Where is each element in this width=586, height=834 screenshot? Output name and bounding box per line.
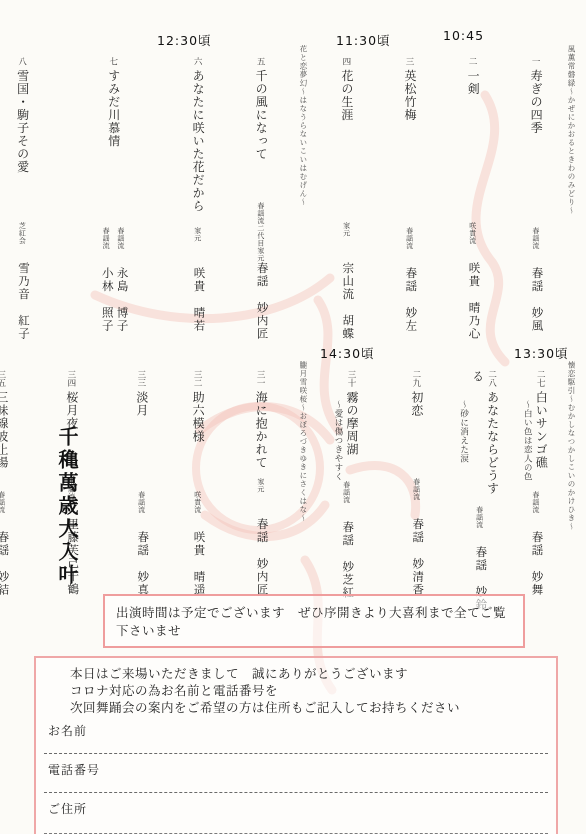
- program-section: 懐恋駆引～むかしなつかしこいのかけひき～二七白いサンゴ礁～白い色は恋人の色春謡流…: [312, 360, 578, 596]
- entry-performers: 家元春謡 妙内匠: [254, 478, 268, 597]
- time-label-1230: 12:30頃: [157, 31, 212, 49]
- entry-number: 四: [342, 57, 352, 66]
- entry-title-zone: 三三淡月: [134, 370, 149, 491]
- entry-title: あなたならどうする: [471, 370, 500, 495]
- entry-performers: 春謡流二代目家元春謡 妙内匠: [254, 202, 268, 341]
- performer-school-label: 春謡流: [117, 227, 125, 267]
- entry-title-line: 二九初恋: [409, 370, 424, 417]
- performer-name: 春謡 妙内匠: [254, 518, 268, 597]
- entry-number: 七: [109, 57, 119, 66]
- program-section: 風薫常磐緑～かぜにかおるときわのみどり～一寿ぎの四季春謡流春謡 妙風二一剣咲貴流…: [312, 44, 578, 340]
- section-header: 懐恋駆引～むかしなつかしこいのかけひき～: [566, 360, 576, 596]
- program-entry: 六あなたに咲いた花だから家元咲貴 晴若: [170, 44, 225, 340]
- entry-title-zone: 八雪国・駒子その愛: [15, 57, 30, 222]
- performer-school-label: 春謡流: [412, 478, 420, 518]
- performer-name: 咲貴 晴若: [191, 267, 205, 333]
- entry-performers: 芝紅会雪乃音 紅子: [15, 222, 29, 341]
- performer: 家元春謡 妙内匠: [254, 478, 268, 597]
- performer-school-label: 家元: [342, 222, 350, 262]
- program-entry: 五千の風になって春謡流二代目家元春謡 妙内匠: [226, 44, 295, 340]
- time-label-1330: 13:30頃: [514, 344, 569, 362]
- entry-performers: 春謡流春謡 妙結: [0, 491, 8, 597]
- performer: 咲貴流咲貴 晴乃心: [466, 222, 480, 341]
- performer-name: 春謡 妙真: [134, 531, 148, 597]
- program-entry: 三十霧の摩周湖～愛は傷つきやすく春謡流春謡 妙芝紅: [312, 360, 381, 596]
- performer-school-label: 春謡流: [137, 491, 145, 531]
- entry-title-line: 七すみだ川慕情: [106, 57, 121, 148]
- entry-number: 三: [405, 57, 415, 66]
- performer-name: 春謡 妙左: [403, 267, 417, 333]
- section-header: 花と恋夢幻～はなうらないこいはむげん～: [298, 44, 308, 340]
- entry-title: 雪国・駒子その愛: [16, 70, 30, 174]
- time-label-1130: 11:30頃: [336, 31, 391, 49]
- address-write-line: [44, 833, 548, 834]
- performer-name: 咲貴 晴乃心: [466, 262, 480, 341]
- program-entry: 二九初恋春謡流春謡 妙清香: [382, 360, 451, 596]
- entry-title: 霧の摩周湖: [345, 391, 359, 456]
- entry-subtitle: ～白い色は恋人の色: [523, 370, 533, 481]
- entry-subtitle: ～愛は傷つきやすく: [334, 370, 344, 481]
- entry-title: 初恋: [410, 391, 424, 417]
- entry-number: 二: [468, 57, 478, 66]
- entry-title-zone: 六あなたに咲いた花だから: [190, 57, 205, 227]
- entry-performers: 咲貴流咲貴 晴遥: [191, 491, 205, 597]
- entry-title: 一剣: [466, 70, 480, 96]
- performer-name: 宗山流 胡蝶: [340, 262, 354, 341]
- performer: 春謡流春謡 妙清香: [409, 478, 423, 597]
- entry-performers: 家元宗山流 胡蝶: [340, 222, 354, 341]
- performer: 春謡流春謡 妙結: [0, 491, 8, 597]
- program-entry: 八雪国・駒子その愛芝紅会雪乃音 紅子: [0, 44, 57, 340]
- performer: 春謡流春謡 妙左: [403, 227, 417, 340]
- phone-write-line: [44, 792, 548, 793]
- entry-title-zone: 五千の風になって: [253, 57, 268, 202]
- program-entry: 三一海に抱かれて家元春謡 妙内匠: [226, 360, 295, 596]
- entry-number: 六: [193, 57, 203, 66]
- entry-title: 寿ぎの四季: [529, 70, 543, 135]
- performer-name: 雪乃音 紅子: [15, 262, 29, 341]
- performer-school-label: 春謡流: [531, 227, 539, 267]
- performer-school-label: 春謡流二代目家元: [256, 202, 264, 262]
- entry-number: 一: [531, 57, 541, 66]
- program-entry: 七すみだ川慕情春謡流永島 博子春謡流小林 照子: [58, 44, 169, 340]
- entry-title-zone: 七すみだ川慕情: [106, 57, 121, 227]
- visitor-form-box: 本日はご来場いただきまして 誠にありがとうございます コロナ対応の為お名前と電話…: [34, 656, 558, 834]
- entry-number: 三四: [67, 370, 77, 387]
- performer: 春謡流二代目家元春謡 妙内匠: [254, 202, 268, 341]
- address-field-label: ご住所: [48, 800, 544, 817]
- program-group: 懐恋駆引～むかしなつかしこいのかけひき～二七白いサンゴ礁～白い色は恋人の色春謡流…: [0, 360, 578, 596]
- performer-school-label: 咲貴流: [468, 222, 476, 262]
- performer-school-label: 春謡流: [102, 227, 110, 267]
- section-header: 朧月雪咲桜～おぼろづきゆきにさくはな～: [298, 360, 308, 596]
- entry-title: 海に抱かれて: [254, 391, 268, 469]
- entry-title-zone: 二九初恋: [409, 370, 424, 478]
- entry-number: 三十: [347, 370, 357, 387]
- performer-name: 春謡 妙結: [0, 531, 8, 597]
- time-label-1430: 14:30頃: [320, 344, 375, 362]
- entry-title-line: 四花の生涯: [339, 57, 354, 122]
- performer-school-label: 芝紅会: [18, 222, 26, 262]
- performer-school-label: 家元: [193, 227, 201, 267]
- program-entry: 三英松竹梅春謡流春謡 妙左: [382, 44, 437, 340]
- performer-name: 小林 照子: [99, 267, 113, 333]
- entry-performers: 春謡流春謡 妙風: [529, 227, 543, 340]
- performer: 春謡流春謡 妙舞: [529, 491, 543, 597]
- entry-number: 二八: [488, 370, 498, 387]
- entry-number: 三五: [0, 370, 7, 387]
- entry-title: 花の生涯: [340, 70, 354, 122]
- name-field-label: お名前: [48, 722, 544, 739]
- performer: 春謡流永島 博子: [114, 227, 128, 340]
- program-entry: 四花の生涯家元宗山流 胡蝶: [312, 44, 381, 340]
- entry-performers: 春謡流春謡 妙左: [403, 227, 417, 340]
- performer-name: 春謡 妙清香: [409, 518, 423, 597]
- program-entry: 三三淡月春謡流春謡 妙真: [114, 360, 169, 596]
- entry-title-line: 三三淡月: [134, 370, 149, 417]
- entry-title: 三味線波止場: [0, 391, 9, 469]
- entry-title: 千の風になって: [254, 70, 268, 161]
- entry-title-line: 二七白いサンゴ礁: [533, 370, 548, 469]
- entry-title: 桜月夜: [65, 391, 79, 430]
- program-group: 風薫常磐緑～かぜにかおるときわのみどり～一寿ぎの四季春謡流春謡 妙風二一剣咲貴流…: [0, 44, 578, 340]
- entry-title: 英松竹梅: [403, 70, 417, 122]
- entry-title-line: 三二助六模様: [190, 370, 205, 443]
- greeting-line-1: 本日はご来場いただきまして 誠にありがとうございます: [70, 666, 544, 683]
- entry-title-zone: 三十霧の摩周湖～愛は傷つきやすく: [334, 370, 359, 481]
- notice-text: 出演時間は予定でございます ぜひ序開きより大喜利まで全てご覧下さいませ: [116, 606, 506, 638]
- entry-number: 八: [18, 57, 28, 66]
- entry-number: 五: [256, 57, 266, 66]
- entry-performers: 春謡流春謡 妙真: [134, 491, 148, 597]
- performer-name: 春謡 妙内匠: [254, 262, 268, 341]
- entry-subtitle: ～砂に消えた涙: [459, 370, 469, 463]
- program-band-afternoon: 懐恋駆引～むかしなつかしこいのかけひき～二七白いサンゴ礁～白い色は恋人の色春謡流…: [10, 360, 578, 596]
- entry-title: 淡月: [135, 391, 149, 417]
- entry-title-line: 六あなたに咲いた花だから: [190, 57, 205, 213]
- entry-title: すみだ川慕情: [107, 70, 121, 148]
- entry-title: 白いサンゴ礁: [534, 391, 548, 469]
- performer-name: 春謡 妙舞: [529, 531, 543, 597]
- program-entry: 二八あなたならどうする～砂に消えた涙春謡流春謡 妙鈴: [452, 360, 507, 596]
- program-band-morning: 風薫常磐緑～かぜにかおるときわのみどり～一寿ぎの四季春謡流春謡 妙風二一剣咲貴流…: [10, 44, 578, 340]
- program-page: { "grand_title": "千穐萬歳大入叶", "notice": "出…: [0, 0, 586, 834]
- performer: 春謡流小林 照子: [99, 227, 113, 340]
- entry-title-zone: 四花の生涯: [339, 57, 354, 222]
- entry-title-line: 二八あなたならどうする: [470, 370, 500, 506]
- entry-title: 助六模様: [191, 391, 205, 443]
- program-entry: 三二助六模様咲貴流咲貴 晴遥: [170, 360, 225, 596]
- performer-school-label: 春謡流: [531, 491, 539, 531]
- greeting-line-3: 次回舞踊会の案内をご希望の方は住所もご記入してお持ちください: [70, 700, 544, 717]
- name-write-line: [44, 753, 548, 754]
- performer: 咲貴流咲貴 晴遥: [191, 491, 205, 597]
- entry-title-zone: 三二助六模様: [190, 370, 205, 491]
- entry-number: 三二: [193, 370, 203, 387]
- entry-title-line: 三四桜月夜: [64, 370, 79, 430]
- entry-title-zone: 二七白いサンゴ礁～白い色は恋人の色: [523, 370, 548, 491]
- performer-school-label: 春謡流: [475, 506, 483, 546]
- program-entry: 三五三味線波止場春謡流春謡 妙結: [0, 360, 29, 596]
- entry-number: 二七: [536, 370, 546, 387]
- entry-title-line: 一寿ぎの四季: [528, 57, 543, 135]
- program-entry: 二一剣咲貴流咲貴 晴乃心: [438, 44, 507, 340]
- performer: 芝紅会雪乃音 紅子: [15, 222, 29, 341]
- entry-title-zone: 二八あなたならどうする～砂に消えた涙: [459, 370, 499, 506]
- performer: 春謡流春謡 妙真: [134, 491, 148, 597]
- entry-performers: 家元咲貴 晴若: [191, 227, 205, 340]
- program-entry: 一寿ぎの四季春謡流春謡 妙風: [508, 44, 563, 340]
- performer-name: 春謡 妙芝紅: [340, 521, 354, 600]
- performer-name: 春謡 妙風: [529, 267, 543, 333]
- entry-performers: 咲貴流咲貴 晴乃心: [466, 222, 480, 341]
- entry-title-line: 三英松竹梅: [402, 57, 417, 122]
- entry-number: 二九: [412, 370, 422, 387]
- entry-performers: 春謡流春謡 妙清香: [409, 478, 423, 597]
- phone-field-label: 電話番号: [48, 761, 544, 778]
- entry-number: 三三: [137, 370, 147, 387]
- performer: 春謡流春謡 妙芝紅: [340, 481, 354, 600]
- entry-title: あなたに咲いた花だから: [191, 70, 205, 213]
- program-section: 朧月雪咲桜～おぼろづきゆきにさくはな～三一海に抱かれて家元春謡 妙内匠三二助六模…: [0, 360, 310, 596]
- performer-school-label: 咲貴流: [193, 491, 201, 531]
- entry-title-line: 三十霧の摩周湖: [344, 370, 359, 456]
- performer: 家元宗山流 胡蝶: [340, 222, 354, 341]
- performer-school-label: 春謡流: [405, 227, 413, 267]
- performer-school-label: 家元: [256, 478, 264, 518]
- time-label-1045: 10:45: [443, 28, 484, 43]
- entry-performers: 春謡流春謡 妙芝紅: [340, 481, 354, 600]
- notice-box: 出演時間は予定でございます ぜひ序開きより大喜利まで全てご覧下さいませ: [103, 594, 525, 648]
- entry-title-line: 八雪国・駒子その愛: [15, 57, 30, 174]
- performer-school-label: 春謡流: [342, 481, 350, 521]
- performer: 家元咲貴 晴若: [191, 227, 205, 340]
- entry-title-zone: 三五三味線波止場: [0, 370, 9, 491]
- entry-performers: 春謡流春謡 妙舞: [529, 491, 543, 597]
- performer: 春謡流春謡 妙風: [529, 227, 543, 340]
- performer-name: 咲貴 晴遥: [191, 531, 205, 597]
- entry-number: 三一: [256, 370, 266, 387]
- entry-title-line: 五千の風になって: [253, 57, 268, 161]
- greeting-line-2: コロナ対応の為お名前と電話番号を: [70, 683, 544, 700]
- entry-title-zone: 一寿ぎの四季: [528, 57, 543, 227]
- entry-performers: 春謡流永島 博子春謡流小林 照子: [99, 227, 128, 340]
- entry-title-line: 二一剣: [465, 57, 480, 96]
- program-entry: 二七白いサンゴ礁～白い色は恋人の色春謡流春謡 妙舞: [508, 360, 563, 596]
- program-section: 花と恋夢幻～はなうらないこいはむげん～五千の風になって春謡流二代目家元春謡 妙内…: [0, 44, 310, 340]
- section-header: 風薫常磐緑～かぜにかおるときわのみどり～: [566, 44, 576, 340]
- entry-title-line: 三一海に抱かれて: [253, 370, 268, 469]
- entry-title-zone: 二一剣: [465, 57, 480, 222]
- performer-name: 永島 博子: [114, 267, 128, 333]
- performer-school-label: 春謡流: [0, 491, 6, 531]
- entry-title-line: 三五三味線波止場: [0, 370, 9, 469]
- entry-title-zone: 三一海に抱かれて: [253, 370, 268, 478]
- entry-title-zone: 三英松竹梅: [402, 57, 417, 227]
- grand-title: 千穐萬歳大入叶: [52, 426, 81, 587]
